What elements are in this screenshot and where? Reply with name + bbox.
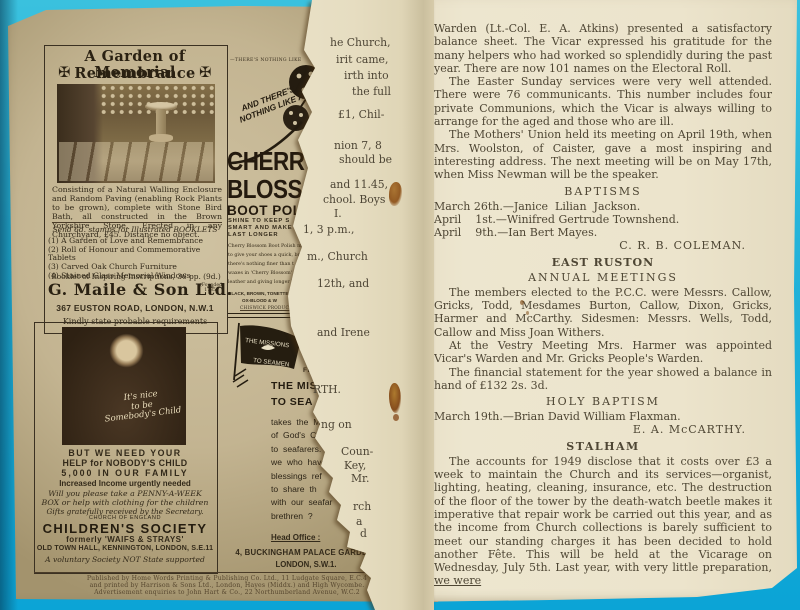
paragraph: At the Vestry Meeting Mrs. Harmer was ap… bbox=[434, 339, 772, 366]
stain bbox=[520, 300, 524, 305]
torn-text-scrap: nion 7, 8 bbox=[334, 139, 382, 152]
torn-text-scrap: RTH. bbox=[313, 383, 341, 396]
baptism-entry: April 9th.—Ian Bert Mayes. bbox=[434, 226, 772, 239]
signature: C. R. B. COLEMAN. bbox=[434, 239, 772, 252]
torn-text-scrap: d bbox=[360, 527, 367, 540]
torn-text-scrap: he Church, bbox=[330, 36, 391, 49]
bird-bath-base bbox=[149, 134, 173, 142]
torn-text-scrap: £1, Chil- bbox=[338, 108, 384, 121]
org-note: A voluntary Society NOT State supported bbox=[38, 555, 212, 564]
stain bbox=[393, 414, 399, 421]
garden-ad-photo bbox=[57, 84, 215, 183]
org-address: OLD TOWN HALL, KENNINGTON, LONDON, S.E.1… bbox=[36, 545, 214, 552]
torn-text-scrap: ng on bbox=[321, 418, 352, 431]
torn-text-scrap: Mr. bbox=[351, 472, 369, 485]
garden-ad-list-item: (2) Roll of Honour and Commemorative Tab… bbox=[48, 246, 224, 263]
childrens-ad-line2: HELP for NOBODY'S CHILD bbox=[40, 458, 210, 468]
childrens-ad-line5: Will you please take a PENNY-A-WEEK bbox=[38, 489, 212, 498]
section-heading-baptisms: BAPTISMS bbox=[434, 185, 772, 198]
stain bbox=[389, 383, 401, 413]
stalham-text: The accounts for 1949 disclose that it c… bbox=[434, 455, 772, 574]
maile-company-name: G. Maile & Son Ltd. bbox=[48, 280, 196, 299]
baptism-entry: March 26th.—Janice Lilian Jackson. bbox=[434, 200, 772, 213]
torn-page-fragment bbox=[255, 0, 434, 610]
torn-text-scrap: and 11.45, bbox=[330, 178, 388, 191]
torn-text-scrap: irth into bbox=[344, 69, 389, 82]
garden-ad-subtitle: ✠ Memorial ✠ bbox=[48, 64, 222, 81]
torn-text-scrap: irit came, bbox=[336, 53, 388, 66]
childrens-ad-line3: 5,000 IN OUR FAMILY bbox=[40, 468, 210, 478]
torn-text-scrap: the full bbox=[352, 85, 391, 98]
maile-founded: (Founded 1785) bbox=[197, 283, 225, 294]
org-formerly: formerly 'WAIFS & STRAYS' bbox=[40, 535, 210, 544]
garden-ad-subtitle-text: Memorial bbox=[94, 64, 176, 81]
torn-text-scrap: rch bbox=[353, 500, 371, 513]
childrens-ad-line1: BUT WE NEED YOUR bbox=[40, 448, 210, 458]
garden-ad-stamps-line: Send 6d. stamps for Illustrated BOOKLETS bbox=[46, 225, 224, 234]
paragraph: The financial statement for the year sho… bbox=[434, 366, 772, 393]
section-heading-east-ruston: EAST RUSTON bbox=[434, 256, 772, 269]
org-name: CHILDREN'S SOCIETY bbox=[36, 521, 214, 536]
baptism-entry: April 1st.—Winifred Gertrude Townshend. bbox=[434, 213, 772, 226]
childrens-ad-line4: Increased Income urgently needed bbox=[40, 479, 210, 488]
torn-text-scrap: 12th, and bbox=[317, 277, 369, 290]
paragraph: The accounts for 1949 disclose that it c… bbox=[434, 455, 772, 588]
bird-bath-stem bbox=[156, 109, 166, 136]
baptism-entry: March 19th.—Brian David William Flaxman. bbox=[434, 410, 772, 423]
paragraph: Warden (Lt.-Col. E. A. Atkins) presented… bbox=[434, 22, 772, 75]
section-heading-holy-baptism: HOLY BAPTISM bbox=[434, 395, 772, 408]
stain bbox=[526, 311, 529, 315]
torn-paper bbox=[255, 0, 434, 610]
stone-paving bbox=[59, 142, 213, 181]
torn-text-scrap: m., Church bbox=[307, 250, 368, 263]
stalham-underlined-text: we were bbox=[434, 574, 481, 587]
torn-text-scrap: 1, 3 p.m., bbox=[303, 223, 354, 236]
paragraph: The Easter Sunday services were very wel… bbox=[434, 75, 772, 128]
signature: E. A. McCARTHY. bbox=[434, 423, 772, 436]
torn-text-scrap: chool. Boys bbox=[323, 193, 385, 206]
section-heading-annual-meetings: ANNUAL MEETINGS bbox=[434, 271, 772, 284]
right-page-column: Warden (Lt.-Col. E. A. Atkins) presented… bbox=[434, 22, 772, 588]
torn-text-scrap: Key, bbox=[344, 459, 366, 472]
child-photo bbox=[62, 327, 186, 445]
torn-text-scrap: Coun- bbox=[341, 445, 373, 458]
section-heading-stalham: STALHAM bbox=[434, 440, 772, 453]
torn-text-scrap: I. bbox=[334, 207, 342, 220]
scanned-magazine-photo: A Garden of Remembrance ✠ Memorial ✠ Con… bbox=[0, 0, 800, 610]
paragraph: The members elected to the P.C.C. were M… bbox=[434, 286, 772, 339]
paragraph: The Mothers' Union held its meeting on A… bbox=[434, 128, 772, 181]
childrens-ad-line6: BOX or help with clothing for the childr… bbox=[38, 498, 212, 507]
cross-icon: ✠ bbox=[58, 65, 71, 81]
cross-icon: ✠ bbox=[199, 65, 212, 81]
torn-text-scrap: and Irene bbox=[317, 326, 370, 339]
maile-address: 367 EUSTON ROAD, LONDON, N.W.1 bbox=[46, 303, 224, 313]
torn-text-scrap: should be bbox=[339, 153, 392, 166]
divider bbox=[52, 222, 222, 223]
